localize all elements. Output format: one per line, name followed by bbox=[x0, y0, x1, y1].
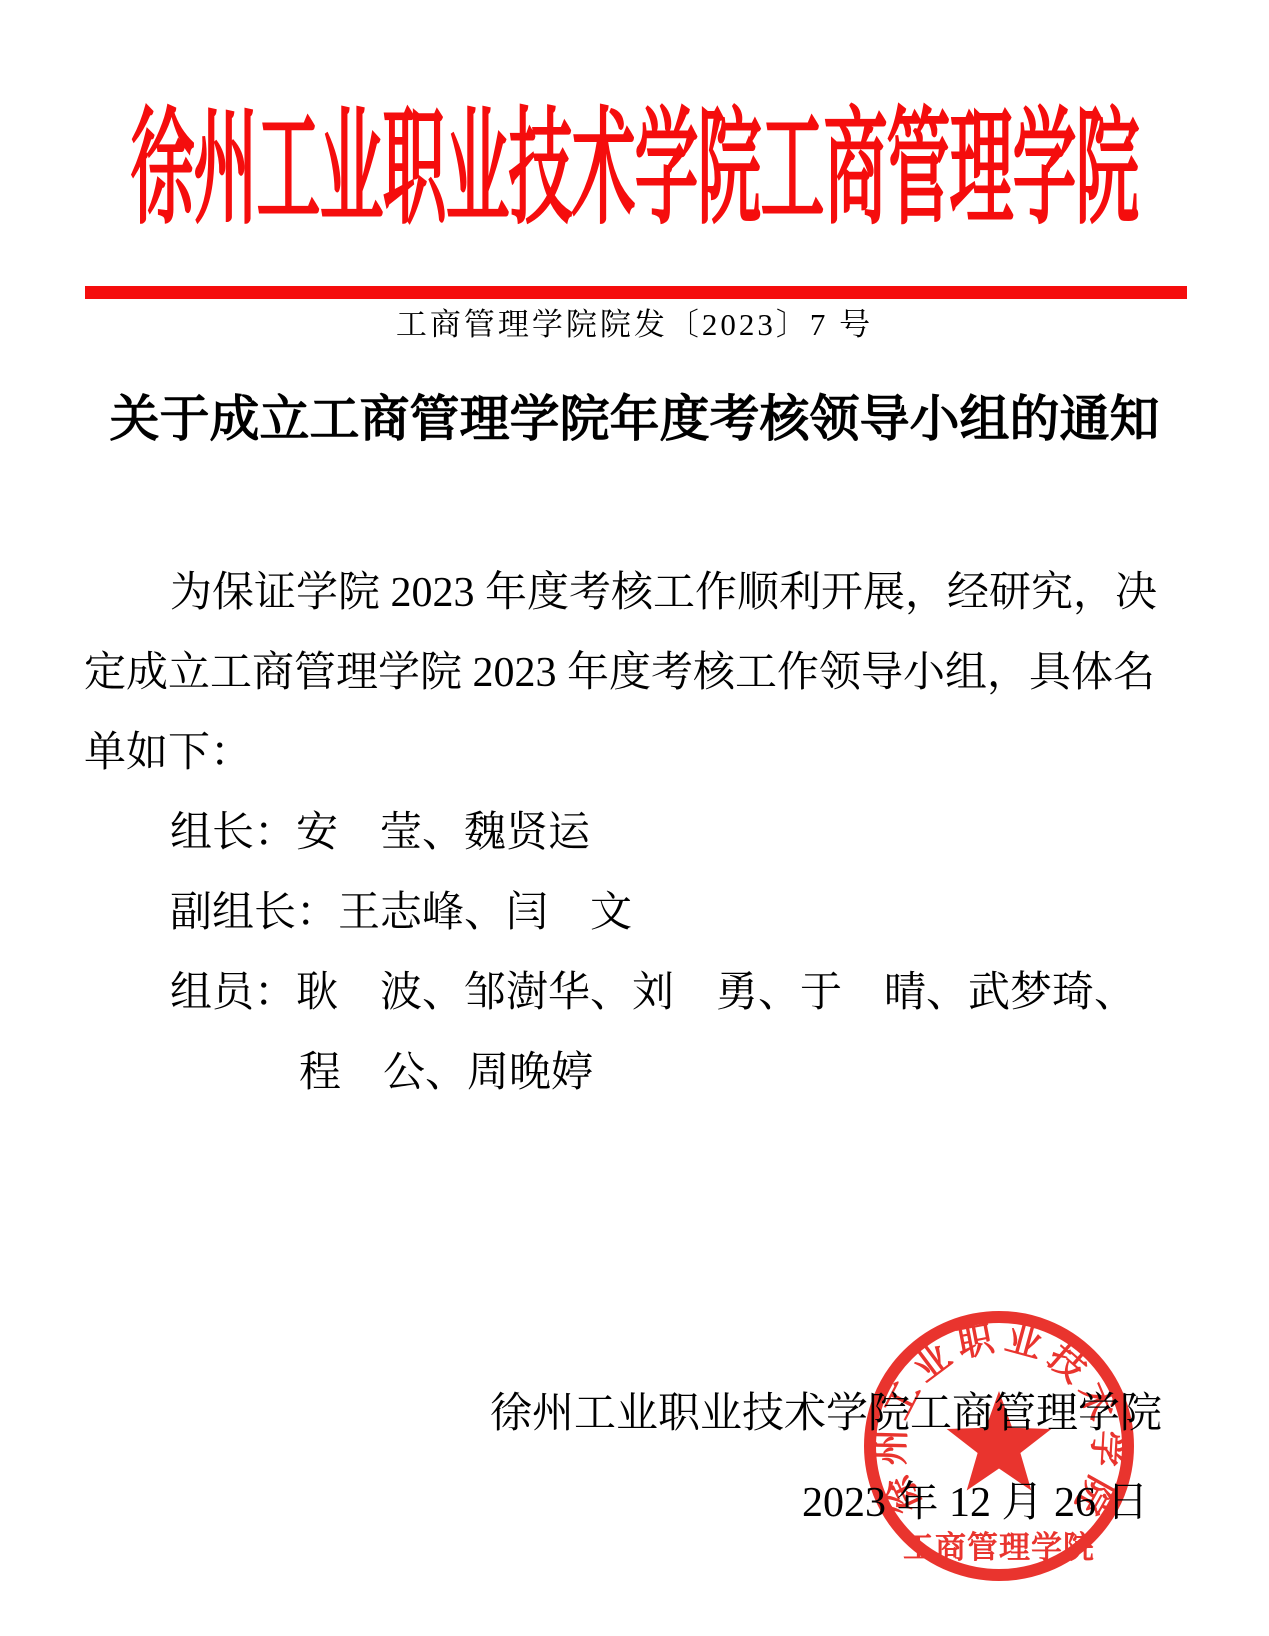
document-title: 关于成立工商管理学院年度考核领导小组的通知 bbox=[0, 390, 1269, 448]
letterhead-org-title: 徐州工业职业技术学院工商管理学院 bbox=[0, 103, 1269, 234]
seal-graphic: 徐州工业职业技术学院 工商管理学院 bbox=[861, 1308, 1137, 1584]
official-seal-stamp: 徐州工业职业技术学院 工商管理学院 bbox=[861, 1308, 1137, 1584]
letterhead-divider-line bbox=[85, 286, 1187, 299]
members-line: 组员：耿 波、邹澍华、刘 勇、于 晴、武梦琦、 bbox=[84, 953, 1194, 1033]
group-leader-line: 组长：安 莹、魏贤运 bbox=[84, 793, 1194, 873]
signature-org-name: 徐州工业职业技术学院工商管理学院 bbox=[490, 1389, 1162, 1439]
document-number: 工商管理学院院发〔2023〕7 号 bbox=[0, 305, 1269, 345]
document-page: 徐州工业职业技术学院工商管理学院 工商管理学院院发〔2023〕7 号 关于成立工… bbox=[0, 0, 1269, 1636]
deputy-leader-line: 副组长：王志峰、闫 文 bbox=[84, 873, 1194, 953]
body-paragraph-line: 单如下： bbox=[84, 713, 1194, 793]
seal-bottom-label: 工商管理学院 bbox=[903, 1530, 1095, 1565]
signature-date: 2023 年 12 月 26 日 bbox=[802, 1478, 1149, 1528]
document-body: 为保证学院 2023 年度考核工作顺利开展，经研究，决 定成立工商管理学院 20… bbox=[84, 553, 1194, 1113]
body-paragraph-line: 为保证学院 2023 年度考核工作顺利开展，经研究，决 bbox=[84, 553, 1194, 633]
members-line-cont: 程 公、周晚婷 bbox=[84, 1033, 1194, 1113]
body-paragraph-line: 定成立工商管理学院 2023 年度考核工作领导小组，具体名 bbox=[84, 633, 1194, 713]
